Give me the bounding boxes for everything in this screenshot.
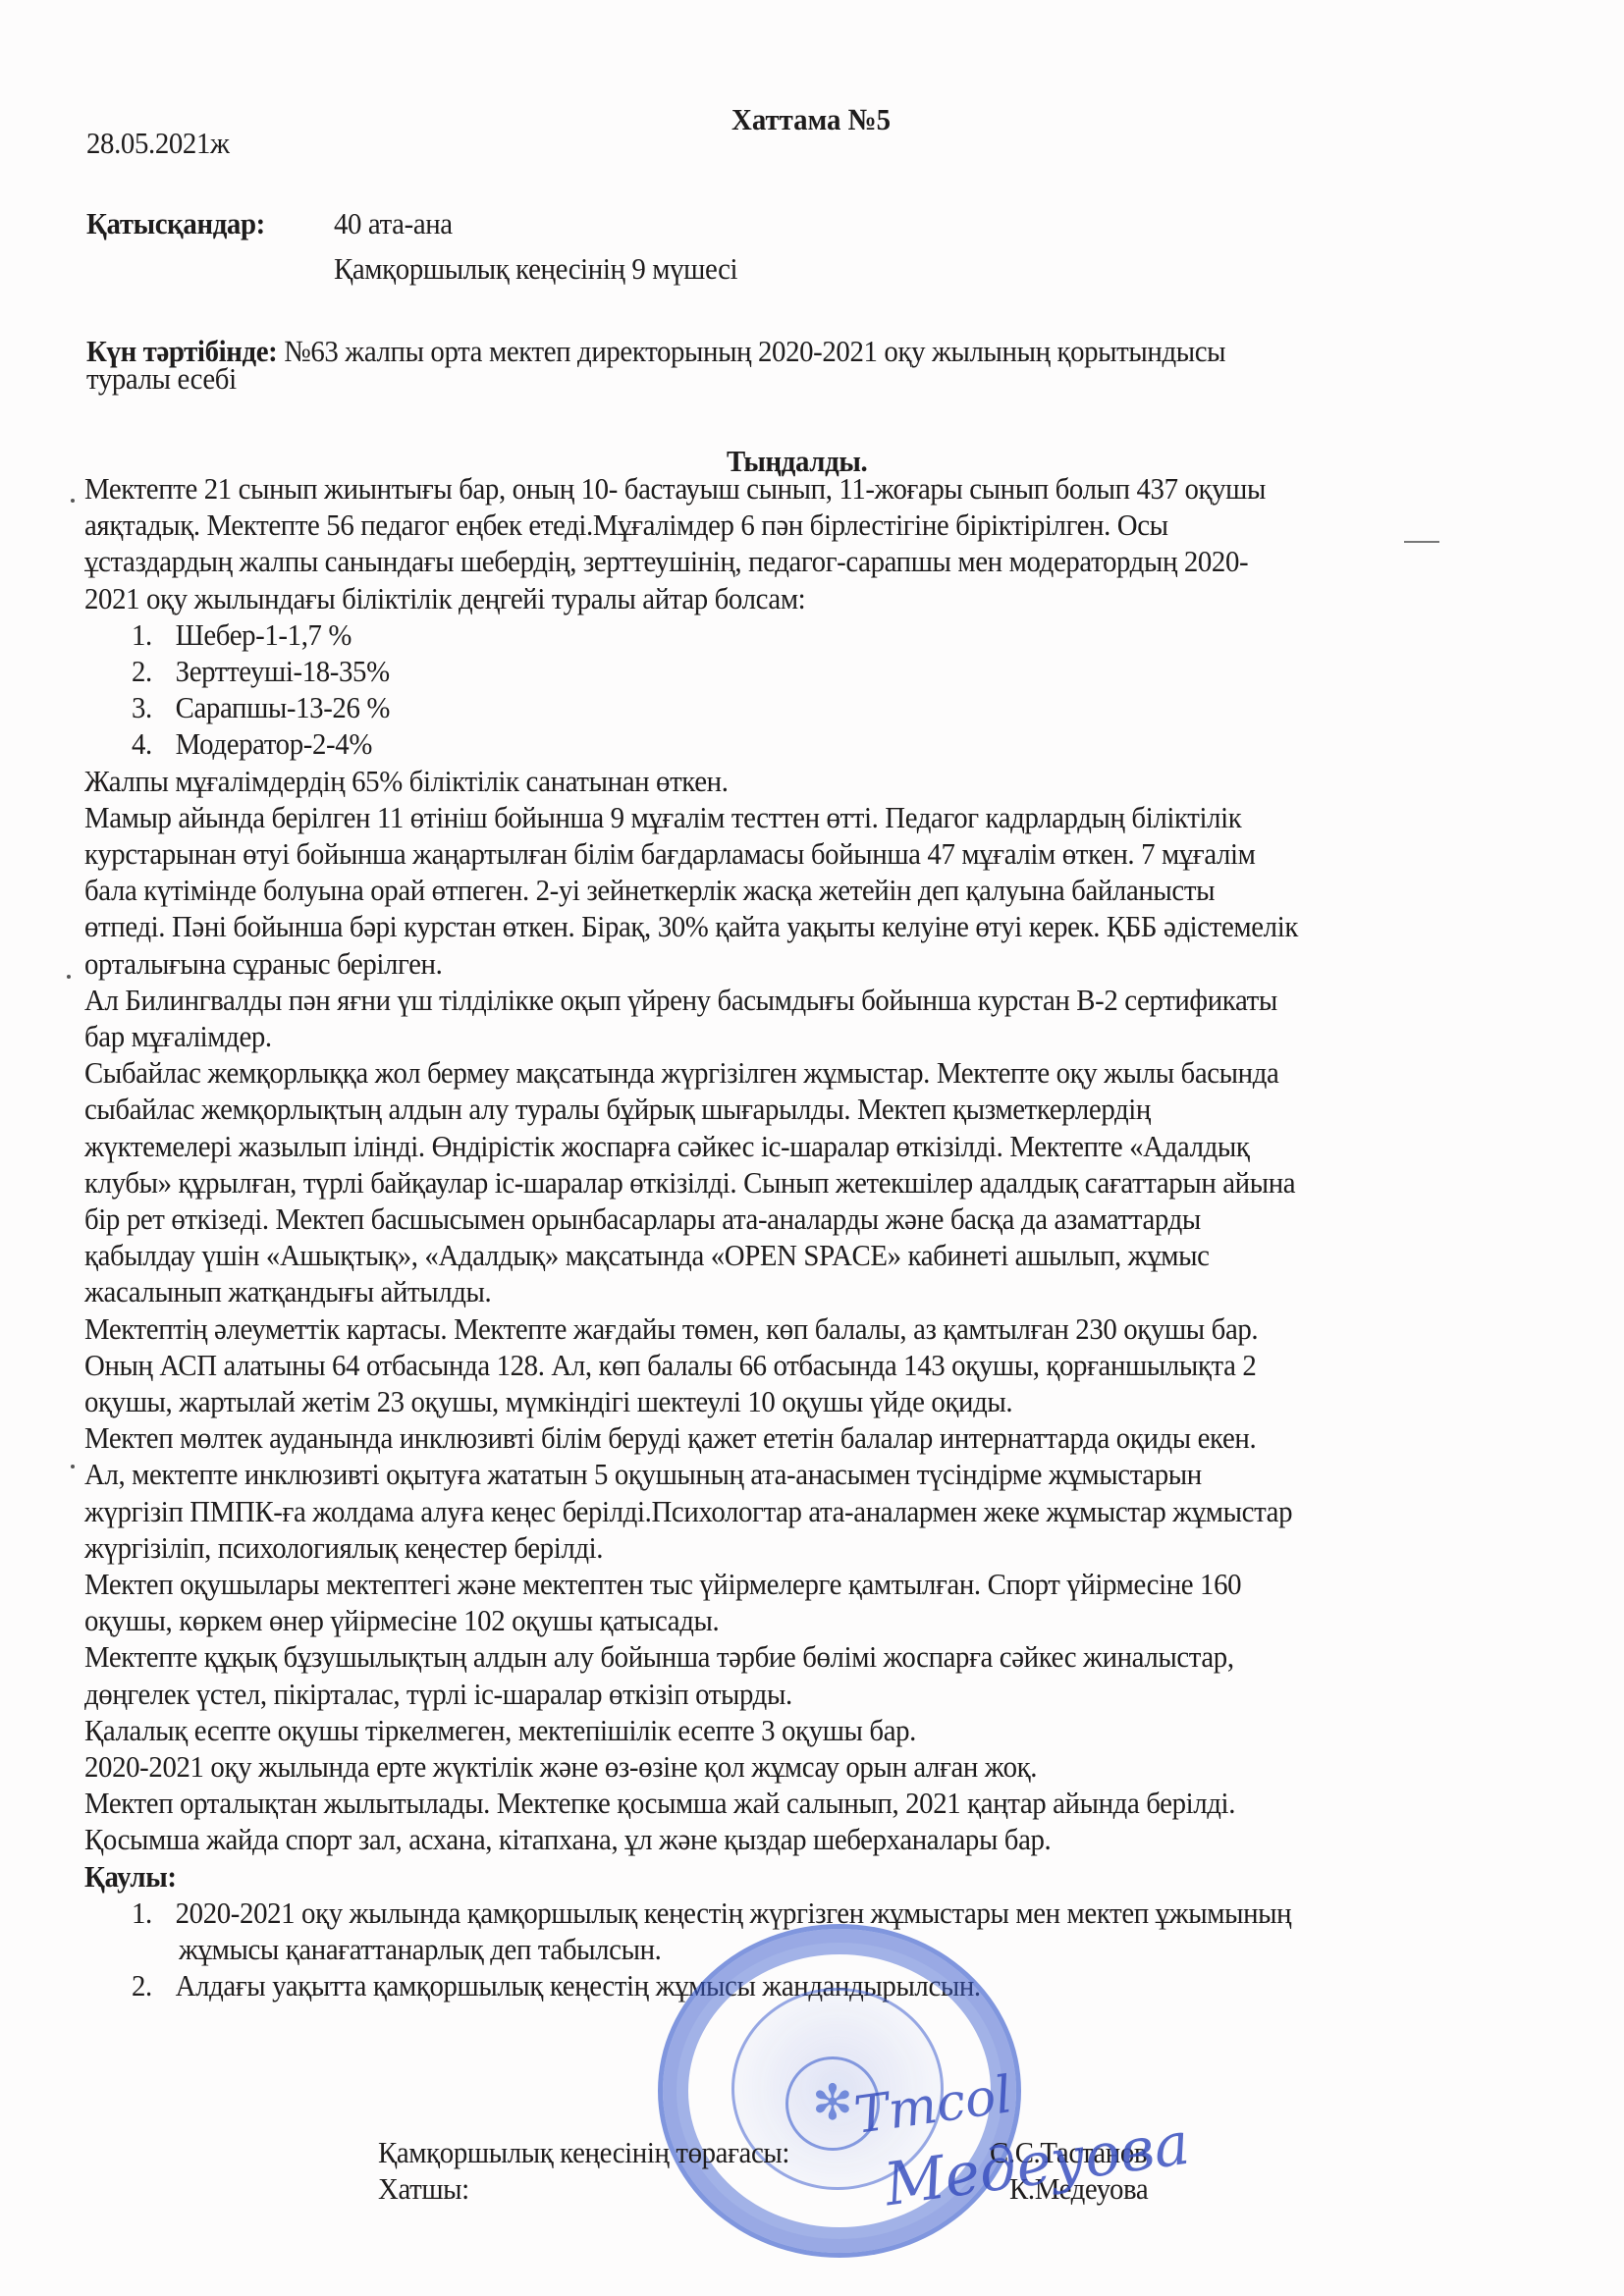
scan-dash-mark — [1404, 541, 1439, 543]
paragraph-line: Мектепте 21 сынып жиынтығы бар, оның 10-… — [84, 471, 1266, 507]
document-title: Хаттама №5 — [731, 102, 891, 137]
resolution-item: жұмысы қанағаттанарлық деп табылсын. — [179, 1932, 661, 1967]
paragraph-line: 2020-2021 оқу жылында ерте жүктілік және… — [84, 1749, 1037, 1785]
document-page: Хаттама №5 28.05.2021ж Қатысқандар: 40 а… — [0, 0, 1624, 2296]
list-text: Зерттеуші-18-35% — [176, 654, 390, 688]
paragraph-line: курстарынан өтуі бойынша жаңартылған біл… — [84, 836, 1256, 872]
paragraph-line: өтпеді. Пәні бойынша бәрі курстан өткен.… — [84, 909, 1298, 944]
paragraph-line: Ал, мектепте инклюзивті оқытуға жататын … — [84, 1457, 1202, 1492]
resolution-item: 1.2020-2021 оқу жылында қамқоршылық кеңе… — [132, 1896, 1291, 1931]
paragraph-line: қабылдау үшін «Ашықтық», «Адалдық» мақса… — [84, 1238, 1210, 1273]
paragraph-line: дөңгелек үстел, пікірталас, түрлі іс-шар… — [84, 1677, 792, 1712]
list-number: 2. — [132, 654, 176, 689]
paragraph-line: Оның АСП алатыны 64 отбасында 128. Ал, к… — [84, 1348, 1256, 1383]
paragraph-line: бала күтімінде болуына орай өтпеген. 2-у… — [84, 873, 1215, 908]
paragraph-line: оқушы, көркем өнер үйірмесіне 102 оқушы … — [84, 1603, 719, 1638]
paragraph-line: Мамыр айында берілген 11 өтініш бойынша … — [84, 800, 1241, 835]
paragraph-line: бар мұғалімдер. — [84, 1019, 272, 1054]
qualification-list-item: 3.Сарапшы-13-26 % — [132, 690, 390, 725]
chair-label: Қамқоршылық кеңесінің төрағасы: — [378, 2135, 789, 2170]
paragraph-line: сыбайлас жемқорлықтың алдын алу туралы б… — [84, 1092, 1151, 1127]
list-text: Модератор-2-4% — [176, 726, 372, 761]
paragraph-line: Мектеп мөлтек ауданында инклюзивті білім… — [84, 1420, 1256, 1456]
paragraph-line: Ал Билингвалды пән яғни үш тілділікке оқ… — [84, 983, 1277, 1018]
participants-label: Қатысқандар: — [86, 206, 265, 241]
list-number: 2. — [132, 1968, 176, 2003]
paragraph-line: Жалпы мұғалімдердің 65% біліктілік санат… — [84, 764, 729, 799]
paragraph-line: Қалалық есепте оқушы тіркелмеген, мектеп… — [84, 1713, 916, 1748]
qualification-list-item: 4.Модератор-2-4% — [132, 726, 372, 762]
paragraph-line: Мектептің әлеуметтік картасы. Мектепте ж… — [84, 1311, 1258, 1347]
list-text: Сарапшы-13-26 % — [176, 690, 390, 724]
document-date: 28.05.2021ж — [86, 126, 230, 161]
paragraph-line: бір рет өткізеді. Мектеп басшысымен орын… — [84, 1201, 1201, 1237]
paragraph-line: Сыбайлас жемқорлыққа жол бермеу мақсатын… — [84, 1055, 1278, 1091]
resolution-text: жұмысы қанағаттанарлық деп табылсын. — [179, 1932, 661, 1966]
paragraph-line: жүргізіліп, психологиялық кеңестер беріл… — [84, 1530, 603, 1566]
paragraph-line: жүргізіп ПМПК-ға жолдама алуға кеңес бер… — [84, 1494, 1292, 1529]
paragraph-line: Мектеп оқушылары мектептегі және мектепт… — [84, 1567, 1241, 1602]
paragraph-line: ұстаздардың жалпы санындағы шебердің, зе… — [84, 544, 1248, 579]
paragraph-line: жүктемелері жазылып ілінді. Өндірістік ж… — [84, 1129, 1250, 1164]
paragraph-line: орталығына сұраныс берілген. — [84, 946, 442, 982]
paragraph-line: Қосымша жайда спорт зал, асхана, кітапха… — [84, 1822, 1051, 1857]
scan-mark — [67, 975, 71, 979]
agenda-text-cont: туралы есебі — [86, 361, 237, 397]
paragraph-line: Мектепте құқық бұзушылықтың алдын алу бо… — [84, 1639, 1234, 1675]
paragraph-line: клубы» құрылған, түрлі байқаулар іс-шара… — [84, 1165, 1295, 1201]
paragraph-line: аяқтадық. Мектепте 56 педагог еңбек етед… — [84, 507, 1168, 543]
resolution-label: Қаулы: — [84, 1859, 177, 1895]
agenda: Күн тәртібінде: №63 жалпы орта мектеп ди… — [86, 334, 1225, 369]
paragraph-line: оқушы, жартылай жетім 23 оқушы, мүмкінді… — [84, 1384, 1012, 1419]
list-number: 1. — [132, 1896, 176, 1931]
agenda-text: №63 жалпы орта мектеп директорының 2020-… — [284, 334, 1225, 368]
paragraph-line: жасалынып жатқандығы айтылды. — [84, 1274, 491, 1309]
paragraph-line: Мектеп орталықтан жылытылады. Мектепке қ… — [84, 1786, 1235, 1821]
qualification-list-item: 2.Зерттеуші-18-35% — [132, 654, 390, 689]
list-number: 3. — [132, 690, 176, 725]
secretary-label: Хатшы: — [378, 2171, 469, 2207]
list-text: Шебер-1-1,7 % — [176, 617, 352, 652]
qualification-list-item: 1.Шебер-1-1,7 % — [132, 617, 352, 653]
resolution-text: 2020-2021 оқу жылында қамқоршылық кеңест… — [176, 1896, 1292, 1930]
paragraph-line: 2021 оқу жылындағы біліктілік деңгейі ту… — [84, 581, 805, 616]
list-number: 1. — [132, 617, 176, 653]
scan-mark — [71, 1465, 75, 1468]
list-number: 4. — [132, 726, 176, 762]
scan-mark — [71, 499, 75, 503]
participants-council: Қамқоршылық кеңесінің 9 мүшесі — [334, 251, 737, 287]
participants-parents: 40 ата-ана — [334, 206, 453, 241]
